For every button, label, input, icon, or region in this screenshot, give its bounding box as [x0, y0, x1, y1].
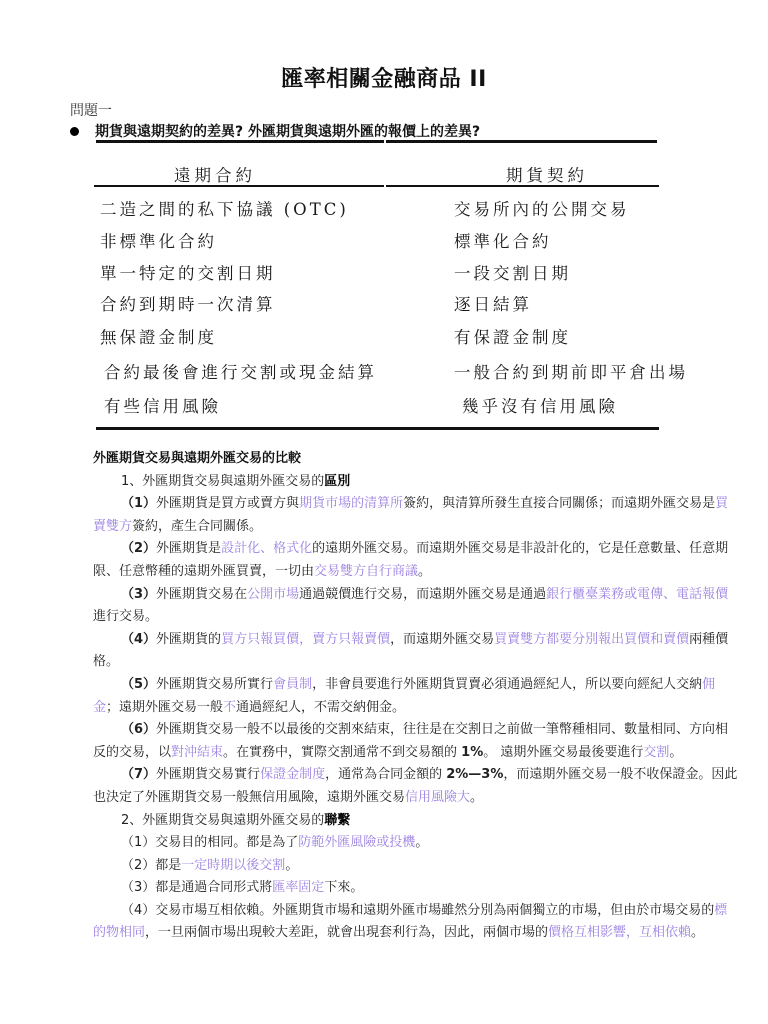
table-header-forward: 遠期合約 — [174, 162, 256, 186]
item-text: 簽約，與清算所發生直接合同關係；而遠期外匯交易是 — [403, 496, 715, 511]
subsection-heading-text: 1、外匯期貨交易與遠期外匯交易的 — [121, 474, 324, 489]
table-cell-forward: 非標準化合約 — [100, 228, 217, 252]
table-cell-forward: 單一特定的交割日期 — [100, 260, 276, 284]
item-text: 簽約，產生合同關係。 — [132, 519, 262, 534]
item-text: 都是通過合同形式將 — [155, 880, 272, 895]
table-cell-forward: 有些信用風險 — [104, 393, 221, 417]
item-text: 。 — [669, 745, 682, 760]
list-item: （2）都是一定時期以後交割。 — [93, 855, 738, 878]
comparison-table: 遠期合約 期貨契約 二造之間的私下協議 (OTC)交易所內的公開交易非標準化合約… — [94, 138, 659, 438]
comparison-section: 外匯期貨交易與遠期外匯交易的比較 1、外匯期貨交易與遠期外匯交易的區別 （1）外… — [93, 448, 738, 945]
highlighted-term: 保證金制度 — [260, 767, 325, 782]
table-top-rule — [96, 140, 384, 143]
item-number: （3） — [121, 880, 155, 895]
table-cell-futures: 標準化合約 — [454, 228, 552, 252]
table-cell-forward: 合約到期時一次清算 — [100, 291, 276, 315]
item-text: 。 — [470, 790, 483, 805]
item-text: 。 遠期外匯交易最後要進行 — [483, 745, 643, 760]
item-text: 交易市場互相依賴。外匯期貨市場和遠期外匯市場雖然分別為兩個獨立的市場，但由於市場… — [155, 903, 714, 918]
item-text: ，通常為合同金額的 — [325, 767, 446, 782]
list-item: （7）外匯期貨交易實行保證金制度，通常為合同金額的 2%—3%，而遠期外匯交易一… — [93, 764, 738, 809]
bold-figure: 1% — [461, 745, 483, 760]
table-header-futures: 期貨契約 — [506, 162, 588, 186]
highlighted-term: 不 — [223, 700, 236, 715]
item-number: （7） — [121, 767, 156, 782]
highlighted-term: 設計化、格式化 — [221, 541, 312, 556]
subsection-heading-connections: 2、外匯期貨交易與遠期外匯交易的聯繫 — [93, 810, 738, 833]
table-cell-futures: 一般合約到期前即平倉出場 — [454, 359, 688, 383]
highlighted-term: 買賣雙方都要分別報出買價和賣價 — [494, 632, 689, 647]
highlighted-term: 會員制 — [273, 677, 312, 692]
item-text: 。在實務中，實際交割通常不到交易額的 — [223, 745, 461, 760]
highlighted-term: 一定時期以後交割 — [181, 858, 285, 873]
question-label: 問題一 — [70, 100, 112, 120]
highlighted-term: 買方只報買價，賣方只報賣價 — [221, 632, 390, 647]
item-number: （2） — [121, 858, 155, 873]
item-text: 外匯期貨的 — [156, 632, 221, 647]
list-item: （4）外匯期貨的買方只報買價，賣方只報賣價，而遠期外匯交易買賣雙方都要分別報出買… — [93, 629, 738, 674]
item-text: ，而遠期外匯交易 — [390, 632, 494, 647]
connections-list: （1）交易目的相同。都是為了防範外匯風險或投機。（2）都是一定時期以後交割。（3… — [93, 832, 738, 945]
item-text: 進行交易。 — [93, 609, 158, 624]
table-top-rule — [386, 140, 657, 143]
item-text: ，一旦兩個市場出現較大差距，就會出現套利行為，因此，兩個市場的 — [145, 925, 548, 940]
subsection-heading-keyword: 區別 — [324, 474, 350, 489]
highlighted-term: 匯率固定 — [272, 880, 324, 895]
item-text: 外匯期貨是 — [156, 541, 221, 556]
page-title: 匯率相關金融商品 II — [0, 62, 768, 93]
highlighted-term: 交割 — [643, 745, 669, 760]
table-cell-forward: 無保證金制度 — [100, 324, 217, 348]
table-bottom-rule — [96, 427, 659, 430]
item-number: （5） — [121, 677, 156, 692]
subsection-heading-differences: 1、外匯期貨交易與遠期外匯交易的區別 — [93, 471, 738, 494]
highlighted-term: 價格互相影響，互相依賴 — [548, 925, 691, 940]
table-cell-futures: 一段交割日期 — [454, 260, 571, 284]
item-number: （4） — [121, 903, 155, 918]
highlighted-term: 銀行櫃臺業務或電傳、電話報價 — [546, 587, 728, 602]
item-number: （2） — [121, 541, 156, 556]
list-item: （5）外匯期貨交易所實行會員制，非會員要進行外匯期貨買賣必須通過經紀人，所以要向… — [93, 674, 738, 719]
item-text: 通過競價進行交易，而遠期外匯交易是通過 — [299, 587, 546, 602]
highlighted-term: 防範外匯風險或投機 — [298, 835, 415, 850]
list-item: （6）外匯期貨交易一般不以最後的交割來結束，往往是在交割日之前做一筆幣種相同、數… — [93, 719, 738, 764]
highlighted-term: 公開市場 — [247, 587, 299, 602]
item-text: 外匯期貨是買方或賣方與 — [156, 496, 299, 511]
item-text: 外匯期貨交易實行 — [156, 767, 260, 782]
item-text: 都是 — [155, 858, 181, 873]
table-cell-futures: 交易所內的公開交易 — [454, 196, 630, 220]
table-cell-futures: 幾乎沒有信用風險 — [462, 393, 618, 417]
item-number: （1） — [121, 835, 155, 850]
list-item: （3）都是通過合同形式將匯率固定下來。 — [93, 877, 738, 900]
table-cell-futures: 逐日結算 — [454, 291, 532, 315]
list-item: （3）外匯期貨交易在公開市場通過競價進行交易，而遠期外匯交易是通過銀行櫃臺業務或… — [93, 584, 738, 629]
list-item: （1）外匯期貨是買方或賣方與期貨市場的清算所簽約，與清算所發生直接合同關係；而遠… — [93, 493, 738, 538]
table-cell-forward: 二造之間的私下協議 (OTC) — [100, 196, 349, 220]
table-cell-forward: 合約最後會進行交割或現金結算 — [104, 359, 377, 383]
list-item: （1）交易目的相同。都是為了防範外匯風險或投機。 — [93, 832, 738, 855]
item-text: 通過經紀人，不需交納佣金。 — [236, 700, 405, 715]
item-text: 外匯期貨交易所實行 — [156, 677, 273, 692]
section-heading: 外匯期貨交易與遠期外匯交易的比較 — [93, 448, 738, 471]
highlighted-term: 交易雙方自行商議 — [314, 564, 418, 579]
item-text: 。 — [418, 564, 431, 579]
bold-figure: 2%—3% — [446, 767, 503, 782]
table-cell-futures: 有保證金制度 — [454, 324, 571, 348]
item-text: 。 — [285, 858, 298, 873]
item-text: ，非會員要進行外匯期貨買賣必須通過經紀人，所以要向經紀人交納 — [312, 677, 702, 692]
item-text: ；遠期外匯交易一般 — [106, 700, 223, 715]
item-text: 。 — [691, 925, 704, 940]
highlighted-term: 對沖結束 — [171, 745, 223, 760]
list-item: （4）交易市場互相依賴。外匯期貨市場和遠期外匯市場雖然分別為兩個獨立的市場，但由… — [93, 900, 738, 945]
differences-list: （1）外匯期貨是買方或賣方與期貨市場的清算所簽約，與清算所發生直接合同關係；而遠… — [93, 493, 738, 809]
item-number: （4） — [121, 632, 156, 647]
highlighted-term: 信用風險大 — [405, 790, 470, 805]
subsection-heading-text: 2、外匯期貨交易與遠期外匯交易的 — [121, 813, 324, 828]
item-number: （1） — [121, 496, 156, 511]
item-number: （6） — [121, 722, 156, 737]
item-text: 。 — [415, 835, 428, 850]
item-text: 交易目的相同。都是為了 — [155, 835, 298, 850]
item-number: （3） — [121, 587, 156, 602]
bullet-icon — [70, 127, 79, 136]
item-text: 下來。 — [324, 880, 363, 895]
subsection-heading-keyword: 聯繫 — [324, 813, 350, 828]
highlighted-term: 期貨市場的清算所 — [299, 496, 403, 511]
item-text: 外匯期貨交易在 — [156, 587, 247, 602]
list-item: （2）外匯期貨是設計化、格式化的遠期外匯交易。而遠期外匯交易是非設計化的，它是任… — [93, 538, 738, 583]
